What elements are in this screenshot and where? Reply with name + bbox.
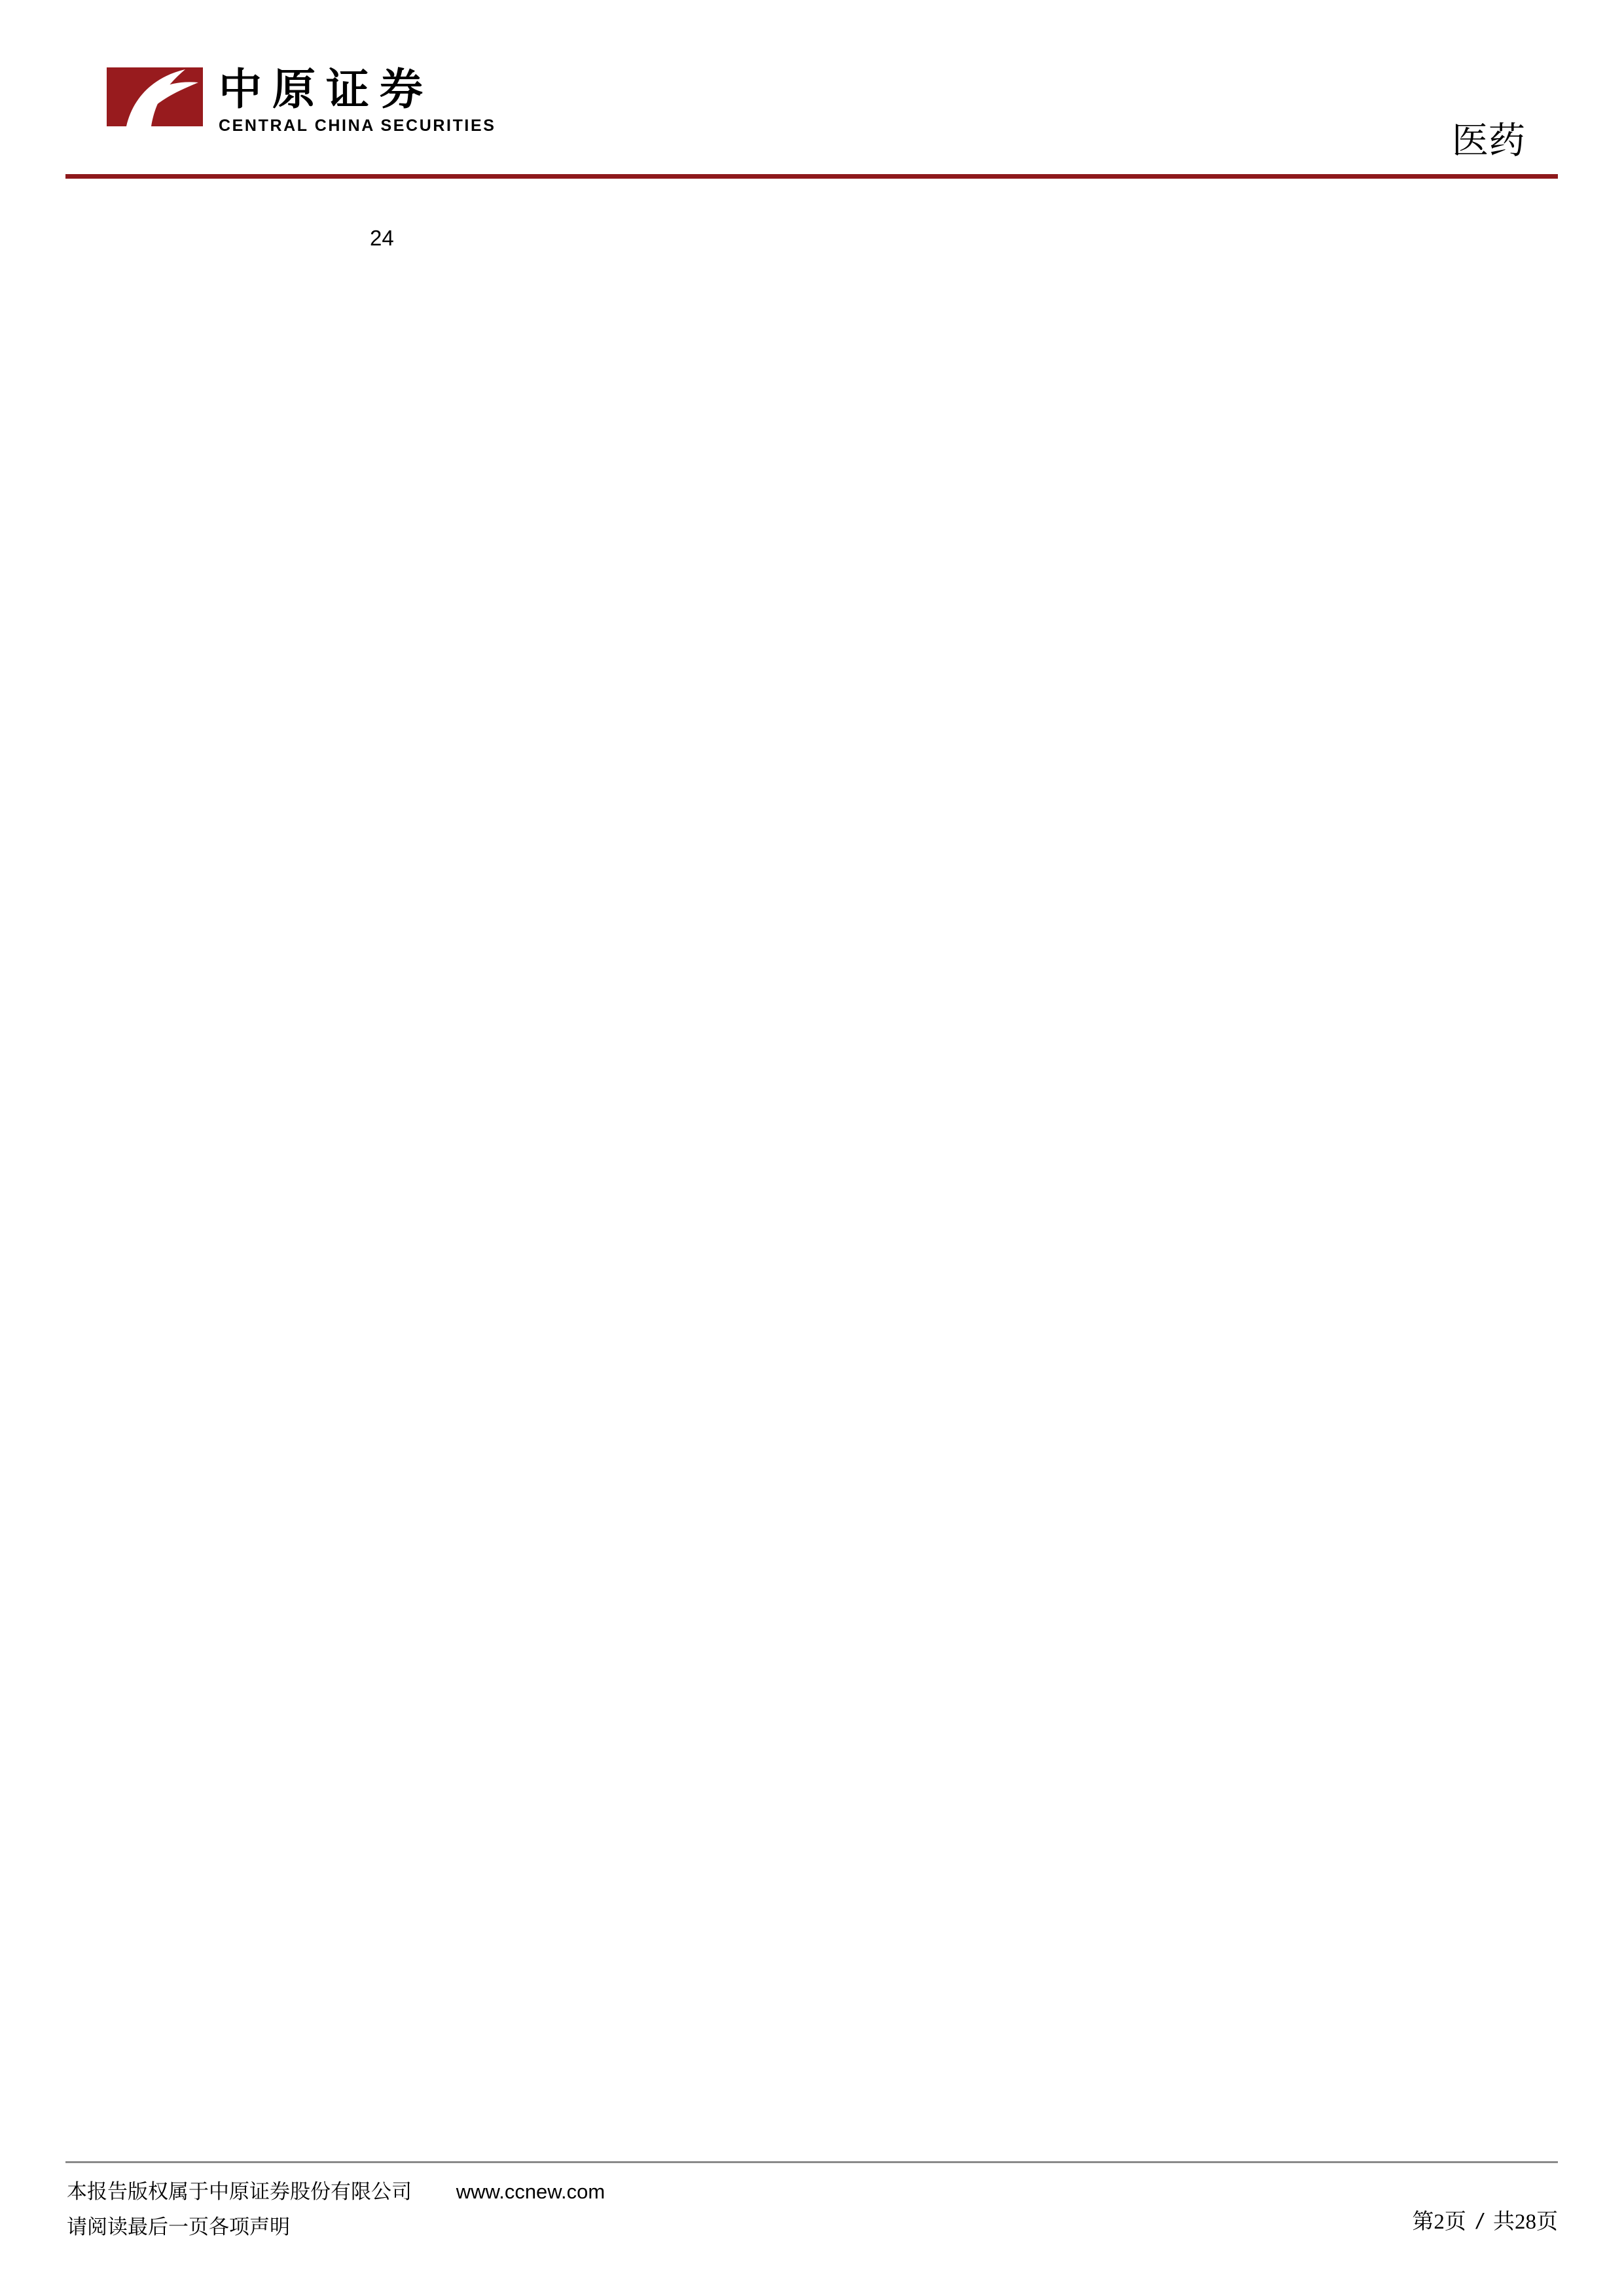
footer-disclaimer: 请阅读最后一页各项声明: [67, 2210, 605, 2245]
logo-company-name-cn: 中原证券: [219, 67, 496, 113]
footer-website: www.ccnew.com: [456, 2180, 605, 2203]
page-current: 第2页: [1412, 2210, 1466, 2234]
logo-crane-icon: [107, 67, 203, 126]
footer-copyright: 本报告版权属于中原证券股份有限公司: [67, 2180, 412, 2203]
company-logo: 中原证券 CENTRAL CHINA SECURITIES: [107, 67, 496, 135]
toc-content: 内容目录 1. 医疗器械产业链概述32. 医疗器械产业特点：研发门槛较高，开发周…: [370, 226, 1525, 2036]
industry-tag: 医药: [1452, 120, 1525, 164]
footer-copyright-line: 本报告版权属于中原证券股份有限公司 www.ccnew.com: [67, 2174, 605, 2210]
footer-left: 本报告版权属于中原证券股份有限公司 www.ccnew.com 请阅读最后一页各…: [67, 2174, 605, 2245]
page-indicator: 第2页/共28页: [1412, 2204, 1558, 2235]
table-entry-page: 24: [370, 226, 1525, 2036]
page-total: 共28页: [1493, 2210, 1558, 2234]
table-list: 表 1：医疗器械的使用目的3表 2：2023 年各省(自治区、直辖市)医疗器械生…: [370, 1534, 1525, 2036]
page-separator: /: [1466, 2209, 1493, 2233]
header-divider: [65, 174, 1558, 179]
logo-text: 中原证券 CENTRAL CHINA SECURITIES: [219, 67, 496, 135]
table-entry: 表 12：SW 体外诊断上市公司一览24: [370, 1994, 1525, 2036]
report-page: 中原证券 CENTRAL CHINA SECURITIES 医药 内容目录 1.…: [0, 0, 1624, 2296]
logo-company-name-en: CENTRAL CHINA SECURITIES: [219, 117, 496, 135]
footer-divider: [65, 2161, 1558, 2163]
